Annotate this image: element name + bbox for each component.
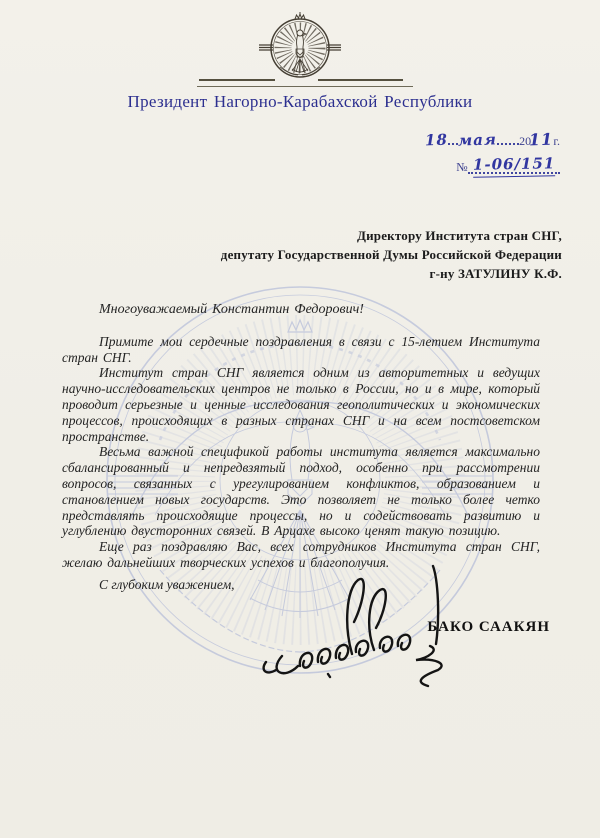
number-sign: № bbox=[456, 160, 467, 174]
date-month-handwritten: мая bbox=[458, 127, 498, 152]
year-suffix-printed: г. bbox=[553, 134, 560, 148]
closing-phrase: С глубоким уважением, bbox=[99, 577, 235, 593]
date-day-handwritten: 18 bbox=[425, 128, 449, 153]
recipient-line: депутату Государственной Думы Российской… bbox=[221, 245, 562, 264]
header-rule-bottom bbox=[197, 86, 413, 87]
letter-page: Президент Нагорно-Карабахской Республики… bbox=[0, 0, 600, 838]
body-paragraph: Весьма важной спецификой работы институт… bbox=[62, 444, 540, 539]
date-field: 18мая2011г. bbox=[425, 128, 560, 152]
body-paragraph: Примите мои сердечные поздравления в свя… bbox=[62, 334, 540, 366]
page-title: Президент Нагорно-Карабахской Республики bbox=[0, 92, 600, 112]
salutation: Многоуважаемый Константин Федорович! bbox=[99, 302, 540, 318]
header-rule-right bbox=[318, 79, 403, 81]
coat-of-arms-emblem-icon bbox=[258, 11, 342, 81]
document-number-handwritten: 1-06/151 bbox=[472, 151, 555, 177]
body-paragraph: Институт стран СНГ является одним из авт… bbox=[62, 365, 540, 444]
header-rule-left bbox=[199, 79, 275, 81]
letter-body: Многоуважаемый Константин Федорович! При… bbox=[62, 302, 540, 571]
year-handwritten: 11 bbox=[529, 128, 554, 153]
handwritten-signature-icon bbox=[252, 558, 462, 698]
recipient-line: Директору Института стран СНГ, bbox=[221, 226, 562, 245]
recipient-block: Директору Института стран СНГ, депутату … bbox=[221, 226, 562, 283]
dotted-leader: 1-06/151 bbox=[468, 154, 560, 174]
number-field: №1-06/151 bbox=[425, 154, 560, 178]
dotted-leader bbox=[497, 129, 519, 145]
reference-block: 18мая2011г. №1-06/151 bbox=[425, 128, 560, 178]
